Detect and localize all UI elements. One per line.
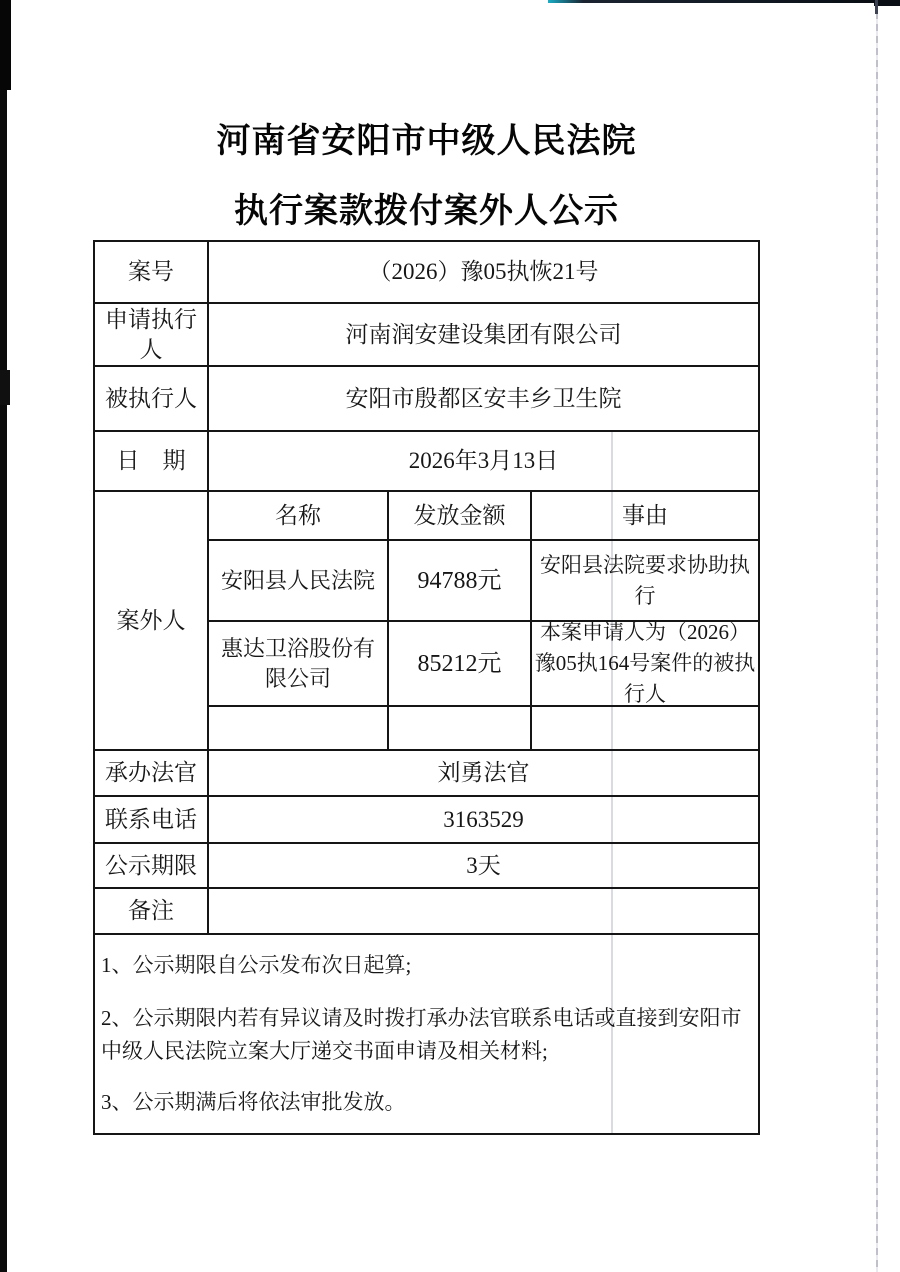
date-value: 2026年3月13日 xyxy=(209,432,758,490)
entry-reason xyxy=(532,707,758,749)
entry-amount: 85212元 xyxy=(389,622,532,705)
note-item: 1、公示期限自公示发布次日起算; xyxy=(101,949,754,982)
remarks-label: 备注 xyxy=(95,889,209,933)
entry-name: 惠达卫浴股份有限公司 xyxy=(209,622,389,705)
table-row-notice-period: 公示期限 3天 xyxy=(95,842,758,887)
phone-value: 3163529 xyxy=(209,797,758,842)
entry-reason: 安阳县法院要求协助执行 xyxy=(532,541,758,620)
left-edge-scan-artifact xyxy=(0,0,7,1272)
subtable-header-row: 名称 发放金额 事由 xyxy=(209,492,758,539)
note-item: 3、公示期满后将依法审批发放。 xyxy=(101,1086,754,1119)
header-amount: 发放金额 xyxy=(389,492,532,539)
header-reason: 事由 xyxy=(532,492,758,539)
judge-label: 承办法官 xyxy=(95,751,209,795)
table-row-applicant: 申请执行人 河南润安建设集团有限公司 xyxy=(95,302,758,365)
case-number-value: （2026）豫05执恢21号 xyxy=(209,242,758,302)
phone-label: 联系电话 xyxy=(95,797,209,842)
notes-block: 1、公示期限自公示发布次日起算; 2、公示期限内若有异议请及时拨打承办法官联系电… xyxy=(95,935,758,1135)
table-row-phone: 联系电话 3163529 xyxy=(95,795,758,842)
court-name-title: 河南省安阳市中级人民法院 xyxy=(93,119,760,163)
note-item: 2、公示期限内若有异议请及时拨打承办法官联系电话或直接到安阳市中级人民法院立案大… xyxy=(101,1002,754,1068)
notice-period-value: 3天 xyxy=(209,844,758,887)
third-party-entry-row-empty xyxy=(209,705,758,749)
case-number-label: 案号 xyxy=(95,242,209,302)
judge-value: 刘勇法官 xyxy=(209,751,758,795)
entry-amount: 94788元 xyxy=(389,541,532,620)
entry-name: 安阳县人民法院 xyxy=(209,541,389,620)
notice-table: 案号 （2026）豫05执恢21号 申请执行人 河南润安建设集团有限公司 被执行… xyxy=(93,240,760,1135)
third-party-subtable: 名称 发放金额 事由 安阳县人民法院 94788元 安阳县法院要求协助执行 惠达… xyxy=(209,492,758,749)
table-row-remarks: 备注 xyxy=(95,887,758,933)
left-edge-scan-artifact-bump xyxy=(0,370,10,405)
entry-name xyxy=(209,707,389,749)
left-edge-scan-artifact-top xyxy=(0,0,11,90)
table-row-respondent: 被执行人 安阳市殷都区安丰乡卫生院 xyxy=(95,365,758,430)
entry-reason: 本案申请人为（2026）豫05执164号案件的被执行人 xyxy=(532,622,758,705)
respondent-value: 安阳市殷都区安丰乡卫生院 xyxy=(209,367,758,430)
table-row-third-party: 案外人 名称 发放金额 事由 安阳县人民法院 94788元 安阳县法院要求协助执… xyxy=(95,490,758,749)
table-row-notes: 1、公示期限自公示发布次日起算; 2、公示期限内若有异议请及时拨打承办法官联系电… xyxy=(95,933,758,1133)
table-row-date: 日 期 2026年3月13日 xyxy=(95,430,758,490)
applicant-label: 申请执行人 xyxy=(95,304,209,365)
table-row-case-number: 案号 （2026）豫05执恢21号 xyxy=(95,242,758,302)
scanned-court-notice-page: 河南省安阳市中级人民法院 执行案款拨付案外人公示 案号 （2026）豫05执恢2… xyxy=(0,0,900,1272)
notice-period-label: 公示期限 xyxy=(95,844,209,887)
third-party-entry-row: 惠达卫浴股份有限公司 85212元 本案申请人为（2026）豫05执164号案件… xyxy=(209,620,758,705)
top-edge-scan-artifact xyxy=(548,0,900,3)
date-label: 日 期 xyxy=(95,432,209,490)
entry-amount xyxy=(389,707,532,749)
table-row-judge: 承办法官 刘勇法官 xyxy=(95,749,758,795)
remarks-value xyxy=(209,889,758,933)
right-fold-line-artifact xyxy=(876,0,878,1272)
respondent-label: 被执行人 xyxy=(95,367,209,430)
third-party-entry-row: 安阳县人民法院 94788元 安阳县法院要求协助执行 xyxy=(209,539,758,620)
right-fold-line-top-artifact xyxy=(875,0,878,14)
header-name: 名称 xyxy=(209,492,389,539)
notice-title: 执行案款拨付案外人公示 xyxy=(93,189,760,233)
third-party-label: 案外人 xyxy=(95,492,209,749)
applicant-value: 河南润安建设集团有限公司 xyxy=(209,304,758,365)
